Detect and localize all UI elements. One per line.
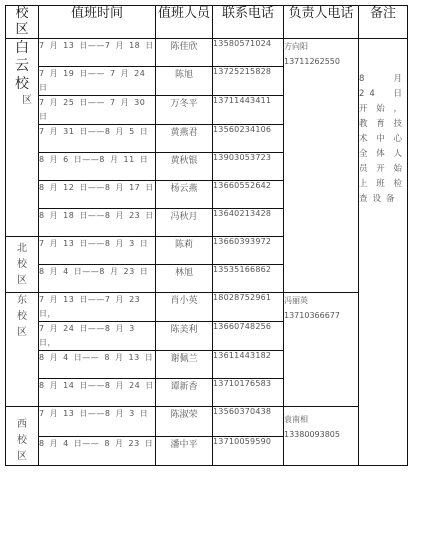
duty-date: 7 月 31 日——8 月 5 日 — [39, 125, 156, 153]
leader-phone: 13711262550 — [284, 54, 358, 69]
leader-phone: 13710366677 — [284, 308, 358, 323]
duty-phone: 13535166862 — [213, 265, 284, 293]
duty-phone: 13560234106 — [213, 125, 284, 153]
duty-date: 7 月 13 日——7 月 18 日 — [39, 39, 156, 67]
table-row: 东 校 区 7 月 13 日——7 月 23 日， 肖小英 1802875296… — [6, 293, 408, 322]
note-text: 8 月 24 日开始，教育技术中心全体人员开始上班检查设备 — [359, 72, 407, 207]
duty-staff: 谢佩兰 — [156, 351, 213, 379]
duty-phone: 13611443182 — [213, 351, 284, 379]
header-staff: 值班人员 — [156, 6, 213, 39]
campus-north: 北 校 区 — [6, 237, 39, 293]
duty-staff: 陈美利 — [156, 322, 213, 351]
table-row: 白 云 校 区 7 月 13 日——7 月 18 日 陈佳欣 135805710… — [6, 39, 408, 67]
duty-phone: 13710059590 — [213, 436, 284, 466]
duty-date: 7 月 24 日——8 月 3 日， — [39, 322, 156, 351]
duty-phone: 13710176583 — [213, 379, 284, 407]
leader-baiyun-north: 方向阳 13711262550 — [284, 39, 359, 293]
duty-date: 8 月 4 日—— 8 月 23 日 — [39, 436, 156, 466]
leader-name: 冯丽英 — [284, 293, 358, 308]
duty-staff: 黄燕君 — [156, 125, 213, 153]
duty-staff: 陈旭 — [156, 67, 213, 96]
duty-staff: 潘中平 — [156, 436, 213, 466]
duty-date: 7 月 19 日—— 7 月 24 日 — [39, 67, 156, 96]
duty-phone: 13560370438 — [213, 407, 284, 437]
campus-west: 西 校 区 — [6, 407, 39, 466]
duty-schedule-table: 校区 值班时间 值班人员 联系电话 负责人电话 备注 白 云 校 区 7 月 1… — [5, 5, 408, 466]
leader-name: 方向阳 — [284, 39, 358, 54]
duty-phone: 13725215828 — [213, 67, 284, 96]
header-time: 值班时间 — [39, 6, 156, 39]
duty-staff: 陈淑荣 — [156, 407, 213, 437]
duty-staff: 陈佳欣 — [156, 39, 213, 67]
duty-phone: 18028752961 — [213, 293, 284, 322]
duty-date: 7 月 13 日——7 月 23 日， — [39, 293, 156, 322]
header-leader-phone: 负责人电话 — [284, 6, 359, 39]
duty-phone: 13660748256 — [213, 322, 284, 351]
duty-date: 7 月 13 日——8 月 3 日 — [39, 237, 156, 265]
duty-date: 8 月 14 日——8 月 24 日 — [39, 379, 156, 407]
duty-date: 8 月 18 日——8 月 23 日 — [39, 209, 156, 237]
duty-date: 7 月 13 日——8 月 3 日 — [39, 407, 156, 437]
duty-staff: 谭新香 — [156, 379, 213, 407]
duty-staff: 万冬平 — [156, 96, 213, 125]
leader-west: 袁南相 13380093805 — [284, 407, 359, 466]
header-row: 校区 值班时间 值班人员 联系电话 负责人电话 备注 — [6, 6, 408, 39]
header-campus: 校区 — [6, 6, 39, 39]
duty-staff: 林旭 — [156, 265, 213, 293]
duty-staff: 陈莉 — [156, 237, 213, 265]
duty-phone: 13660393972 — [213, 237, 284, 265]
duty-date: 7 月 25 日—— 7 月 30 日 — [39, 96, 156, 125]
duty-staff: 肖小英 — [156, 293, 213, 322]
campus-baiyun: 白 云 校 区 — [6, 39, 39, 237]
leader-phone: 13380093805 — [284, 427, 358, 442]
header-phone: 联系电话 — [213, 6, 284, 39]
duty-phone: 13580571024 — [213, 39, 284, 67]
duty-phone: 13903053723 — [213, 153, 284, 181]
duty-date: 8 月 12 日——8 月 17 日 — [39, 181, 156, 209]
duty-date: 8 月 4 日—— 8 月 13 日 — [39, 351, 156, 379]
duty-staff: 冯秋月 — [156, 209, 213, 237]
campus-east: 东 校 区 — [6, 293, 39, 407]
duty-staff: 黄秋银 — [156, 153, 213, 181]
table-row: 西 校 区 7 月 13 日——8 月 3 日 陈淑荣 13560370438 … — [6, 407, 408, 437]
header-note: 备注 — [359, 6, 408, 39]
leader-name: 袁南相 — [284, 412, 358, 427]
duty-staff: 杨云燕 — [156, 181, 213, 209]
duty-date: 8 月 6 日——8 月 11 日 — [39, 153, 156, 181]
duty-phone: 13640213428 — [213, 209, 284, 237]
duty-phone: 13660552642 — [213, 181, 284, 209]
note-cell: 8 月 24 日开始，教育技术中心全体人员开始上班检查设备 — [359, 39, 408, 466]
leader-east: 冯丽英 13710366677 — [284, 293, 359, 407]
duty-phone: 13711443411 — [213, 96, 284, 125]
duty-date: 8 月 4 日——8 月 23 日 — [39, 265, 156, 293]
